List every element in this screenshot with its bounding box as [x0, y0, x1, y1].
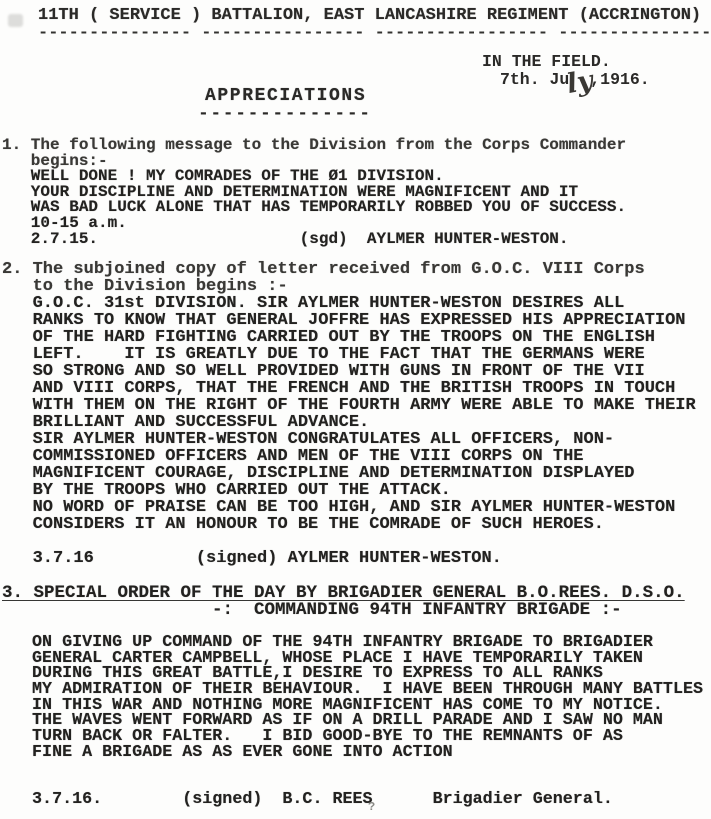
text-line: [2, 760, 711, 776]
text-line: BY THE TROOPS WHO CARRIED OUT THE ATTACK…: [2, 482, 711, 499]
text-line: 1. The following message to the Division…: [2, 138, 711, 154]
date-line: 7th. July,1916.: [500, 70, 650, 89]
text-line: OF THE HARD FIGHTING CARRIED OUT BY THE …: [2, 329, 711, 346]
text-line: FINE A BRIGADE AS AS EVER GONE INTO ACTI…: [2, 745, 711, 761]
document-header: 11TH ( SERVICE ) BATTALION, EAST LANCASH…: [0, 0, 711, 138]
text-line: to the Division begins :-: [2, 278, 711, 295]
place-line: IN THE FIELD.: [482, 52, 611, 71]
date-typed-prefix: 7th. Ju: [500, 70, 569, 89]
text-line: COMMISSIONED OFFICERS AND MEN OF THE VII…: [2, 448, 711, 465]
battalion-title: 11TH ( SERVICE ) BATTALION, EAST LANCASH…: [38, 6, 701, 25]
text-line: [2, 533, 711, 550]
document-body: 1. The following message to the Division…: [2, 138, 711, 808]
text-line: 2. The subjoined copy of letter received…: [2, 261, 711, 278]
section-1-corps-commander-message: 1. The following message to the Division…: [2, 138, 711, 247]
text-line: 3.7.16 (signed) AYLMER HUNTER-WESTON.: [2, 550, 711, 567]
text-line: MAGNIFICENT COURAGE, DISCIPLINE AND DETE…: [2, 465, 711, 482]
text-line: 3.7.16. (signed) B.C. REES Brigadier Gen…: [2, 792, 711, 808]
text-line: WITH THEM ON THE RIGHT OF THE FOURTH ARM…: [2, 397, 711, 414]
section-3-special-order-of-the-day: 3. SPECIAL ORDER OF THE DAY BY BRIGADIER…: [2, 585, 711, 807]
text-line: NO WORD OF PRAISE CAN BE TOO HIGH, AND S…: [2, 499, 711, 516]
text-line: 2.7.15. (sgd) AYLMER HUNTER-WESTON.: [2, 232, 711, 248]
text-line: RANKS TO KNOW THAT GENERAL JOFFRE HAS EX…: [2, 312, 711, 329]
appreciations-heading: APPRECIATIONS: [205, 86, 366, 106]
title-rule: --------------- ---------------- -------…: [38, 24, 711, 43]
date-typed-suffix: ,1916.: [590, 70, 649, 89]
text-line: CONSIDERS IT AN HONOUR TO BE THE COMRADE…: [2, 516, 711, 533]
text-line: SO STRONG AND SO WELL PROVIDED WITH GUNS…: [2, 363, 711, 380]
text-line: -: COMMANDING 94TH INFANTRY BRIGADE :-: [2, 602, 711, 619]
paper-smudge: [8, 14, 23, 27]
text-line: AND VIII CORPS, THAT THE FRENCH AND THE …: [2, 380, 711, 397]
text-line: SIR AYLMER HUNTER-WESTON CONGRATULATES A…: [2, 431, 711, 448]
handwritten-correction: ly: [568, 81, 594, 86]
section-2-goc-viii-corps-letter: 2. The subjoined copy of letter received…: [2, 261, 711, 567]
document-page: 11TH ( SERVICE ) BATTALION, EAST LANCASH…: [0, 0, 711, 819]
text-line: LEFT. IT IS GREATLY DUE TO THE FACT THAT…: [2, 346, 711, 363]
text-line: G.O.C. 31st DIVISION. SIR AYLMER HUNTER-…: [2, 295, 711, 312]
heading-rule: --------------: [198, 104, 372, 124]
text-line: BRILLIANT AND SUCCESSFUL ADVANCE.: [2, 414, 711, 431]
ink-mark: ?: [368, 800, 375, 814]
